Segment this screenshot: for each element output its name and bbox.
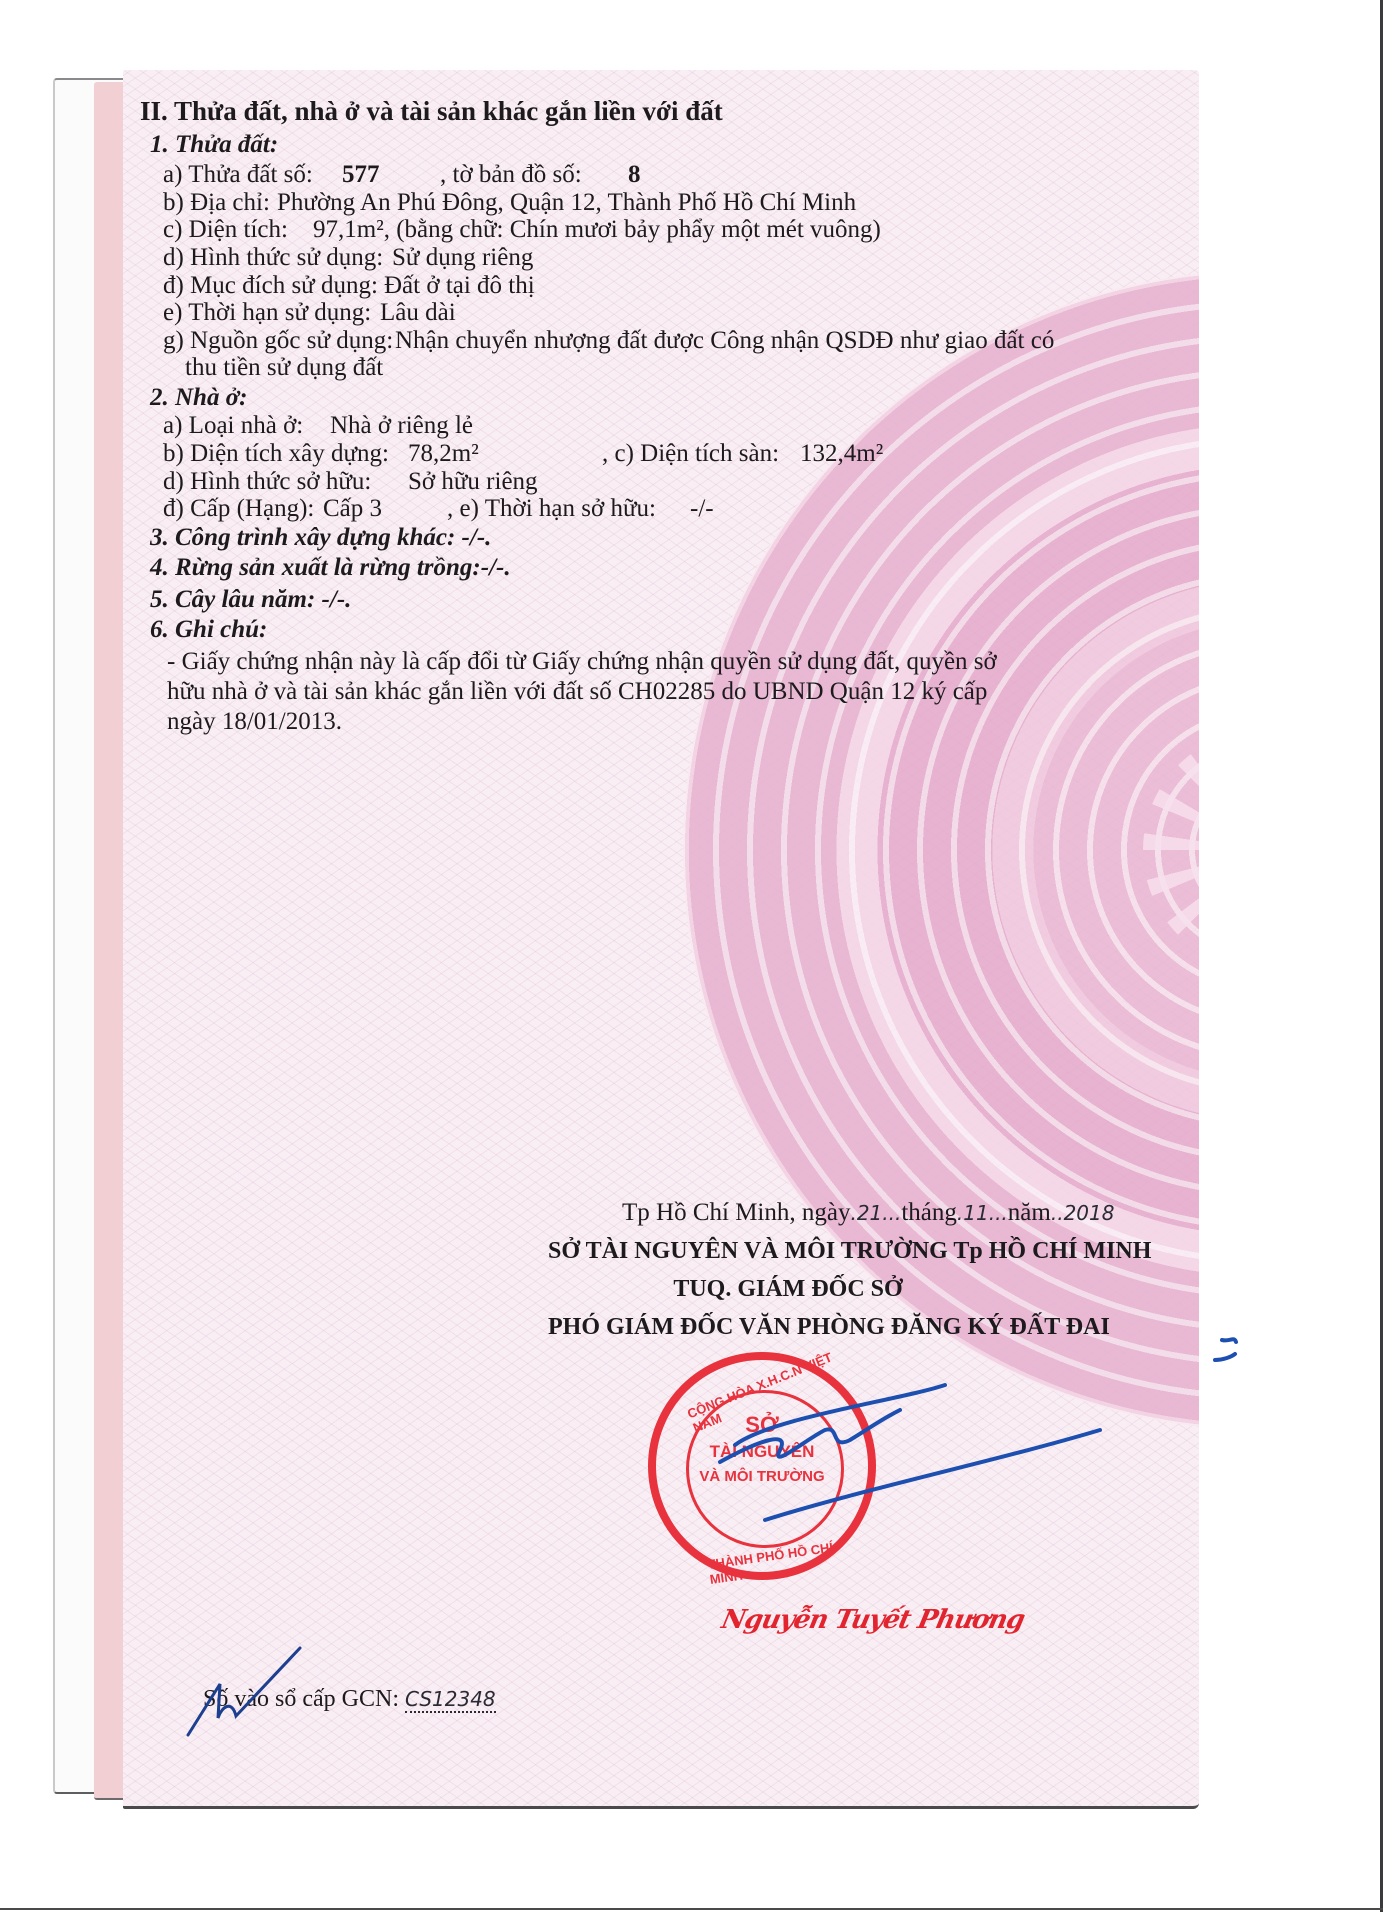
day-value: 21 xyxy=(857,1201,882,1225)
use-form-label: d) Hình thức sử dụng: xyxy=(163,243,383,273)
registry-row: Số vào sổ cấp GCN: CS12348 xyxy=(203,1684,496,1714)
year-label: năm xyxy=(1008,1199,1051,1226)
purpose-value: Đất ở tại đô thị xyxy=(384,271,535,301)
parcel-number: 577 xyxy=(342,160,380,190)
area-value: 97,1m², (bằng chữ: Chín mươi bảy phẩy mộ… xyxy=(313,215,881,245)
seal-center-line1: SỞ xyxy=(656,1412,868,1438)
issue-date-line: Tp Hồ Chí Minh, ngày.21...tháng.11...năm… xyxy=(622,1198,1114,1228)
own-term-value: -/- xyxy=(690,494,714,524)
floor-area-value: 132,4m² xyxy=(800,439,883,469)
seal-center-line3: VÀ MÔI TRƯỜNG xyxy=(656,1468,868,1485)
address-label: b) Địa chỉ: xyxy=(163,188,270,218)
use-form-value: Sử dụng riêng xyxy=(392,243,533,273)
notes-heading: 6. Ghi chú: xyxy=(150,615,267,645)
initials-mark xyxy=(1215,1339,1236,1360)
section-title: II. Thửa đất, nhà ở và tài sản khác gắn … xyxy=(140,96,723,126)
house-type-value: Nhà ở riêng lẻ xyxy=(330,411,473,441)
month-label: tháng xyxy=(901,1199,957,1226)
signer-title: PHÓ GIÁM ĐỐC VĂN PHÒNG ĐĂNG KÝ ĐẤT ĐAI xyxy=(548,1314,1028,1341)
date-day: .21... xyxy=(850,1201,901,1225)
date-prefix: Tp Hồ Chí Minh, ngày xyxy=(622,1199,850,1226)
land-heading: 1. Thửa đất: xyxy=(150,130,278,160)
issuing-organization: SỞ TÀI NGUYÊN VÀ MÔI TRƯỜNG Tp HỒ CHÍ MI… xyxy=(548,1238,1028,1265)
ownership-label: d) Hình thức sở hữu: xyxy=(163,467,371,497)
other-works: 3. Công trình xây dựng khác: -/-. xyxy=(150,523,491,553)
purpose-label: đ) Mục đích sử dụng: xyxy=(163,271,378,301)
floor-area-label: , c) Diện tích sàn: xyxy=(602,439,779,469)
month-value: 11 xyxy=(963,1201,988,1225)
official-seal: CỘNG HÒA X.H.C.N VIỆT NAM THÀNH PHỐ HỒ C… xyxy=(648,1352,876,1580)
term-value: Lâu dài xyxy=(380,298,456,328)
signer-name: Nguyễn Tuyết Phương xyxy=(719,1605,1027,1635)
year-value: 2018 xyxy=(1064,1201,1115,1225)
own-term-label: , e) Thời hạn sở hữu: xyxy=(447,494,656,524)
parcel-label: a) Thửa đất số: xyxy=(163,160,313,190)
production-forest: 4. Rừng sản xuất là rừng trồng:-/-. xyxy=(150,553,511,583)
date-month: .11... xyxy=(957,1201,1008,1225)
area-label: c) Diện tích: xyxy=(163,215,288,245)
origin-value-line1: Nhận chuyển nhượng đất được Công nhận QS… xyxy=(395,326,1054,356)
built-area-label: b) Diện tích xây dựng: xyxy=(163,439,389,469)
house-heading: 2. Nhà ở: xyxy=(150,383,247,413)
registry-value: CS12348 xyxy=(405,1687,496,1713)
origin-value-line2: thu tiền sử dụng đất xyxy=(185,353,383,383)
notes-line3: ngày 18/01/2013. xyxy=(167,707,342,737)
address-value: Phường An Phú Đông, Quận 12, Thành Phố H… xyxy=(277,188,856,218)
registry-label: Số vào sổ cấp GCN: xyxy=(203,1686,399,1712)
notes-line1: - Giấy chứng nhận này là cấp đổi từ Giấy… xyxy=(167,647,997,677)
scan-border xyxy=(1380,0,1383,1912)
on-behalf-of: TUQ. GIÁM ĐỐC SỞ xyxy=(548,1276,1028,1303)
grade-label: đ) Cấp (Hạng): xyxy=(163,494,314,524)
scan-border xyxy=(0,1908,1383,1910)
perennial-trees: 5. Cây lâu năm: -/-. xyxy=(150,585,351,615)
term-label: e) Thời hạn sử dụng: xyxy=(163,298,371,328)
seal-center-line2: TÀI NGUYÊN xyxy=(656,1442,868,1462)
ownership-value: Sở hữu riêng xyxy=(408,467,538,497)
house-type-label: a) Loại nhà ở: xyxy=(163,411,303,441)
origin-label: g) Nguồn gốc sử dụng: xyxy=(163,326,393,356)
map-sheet-label: , tờ bản đồ số: xyxy=(440,160,582,190)
notes-line2: hữu nhà ở và tài sản khác gắn liền với đ… xyxy=(167,677,987,707)
date-year: ..2018 xyxy=(1051,1201,1115,1225)
map-sheet-number: 8 xyxy=(628,160,641,190)
built-area-value: 78,2m² xyxy=(408,439,479,469)
grade-value: Cấp 3 xyxy=(323,494,382,524)
